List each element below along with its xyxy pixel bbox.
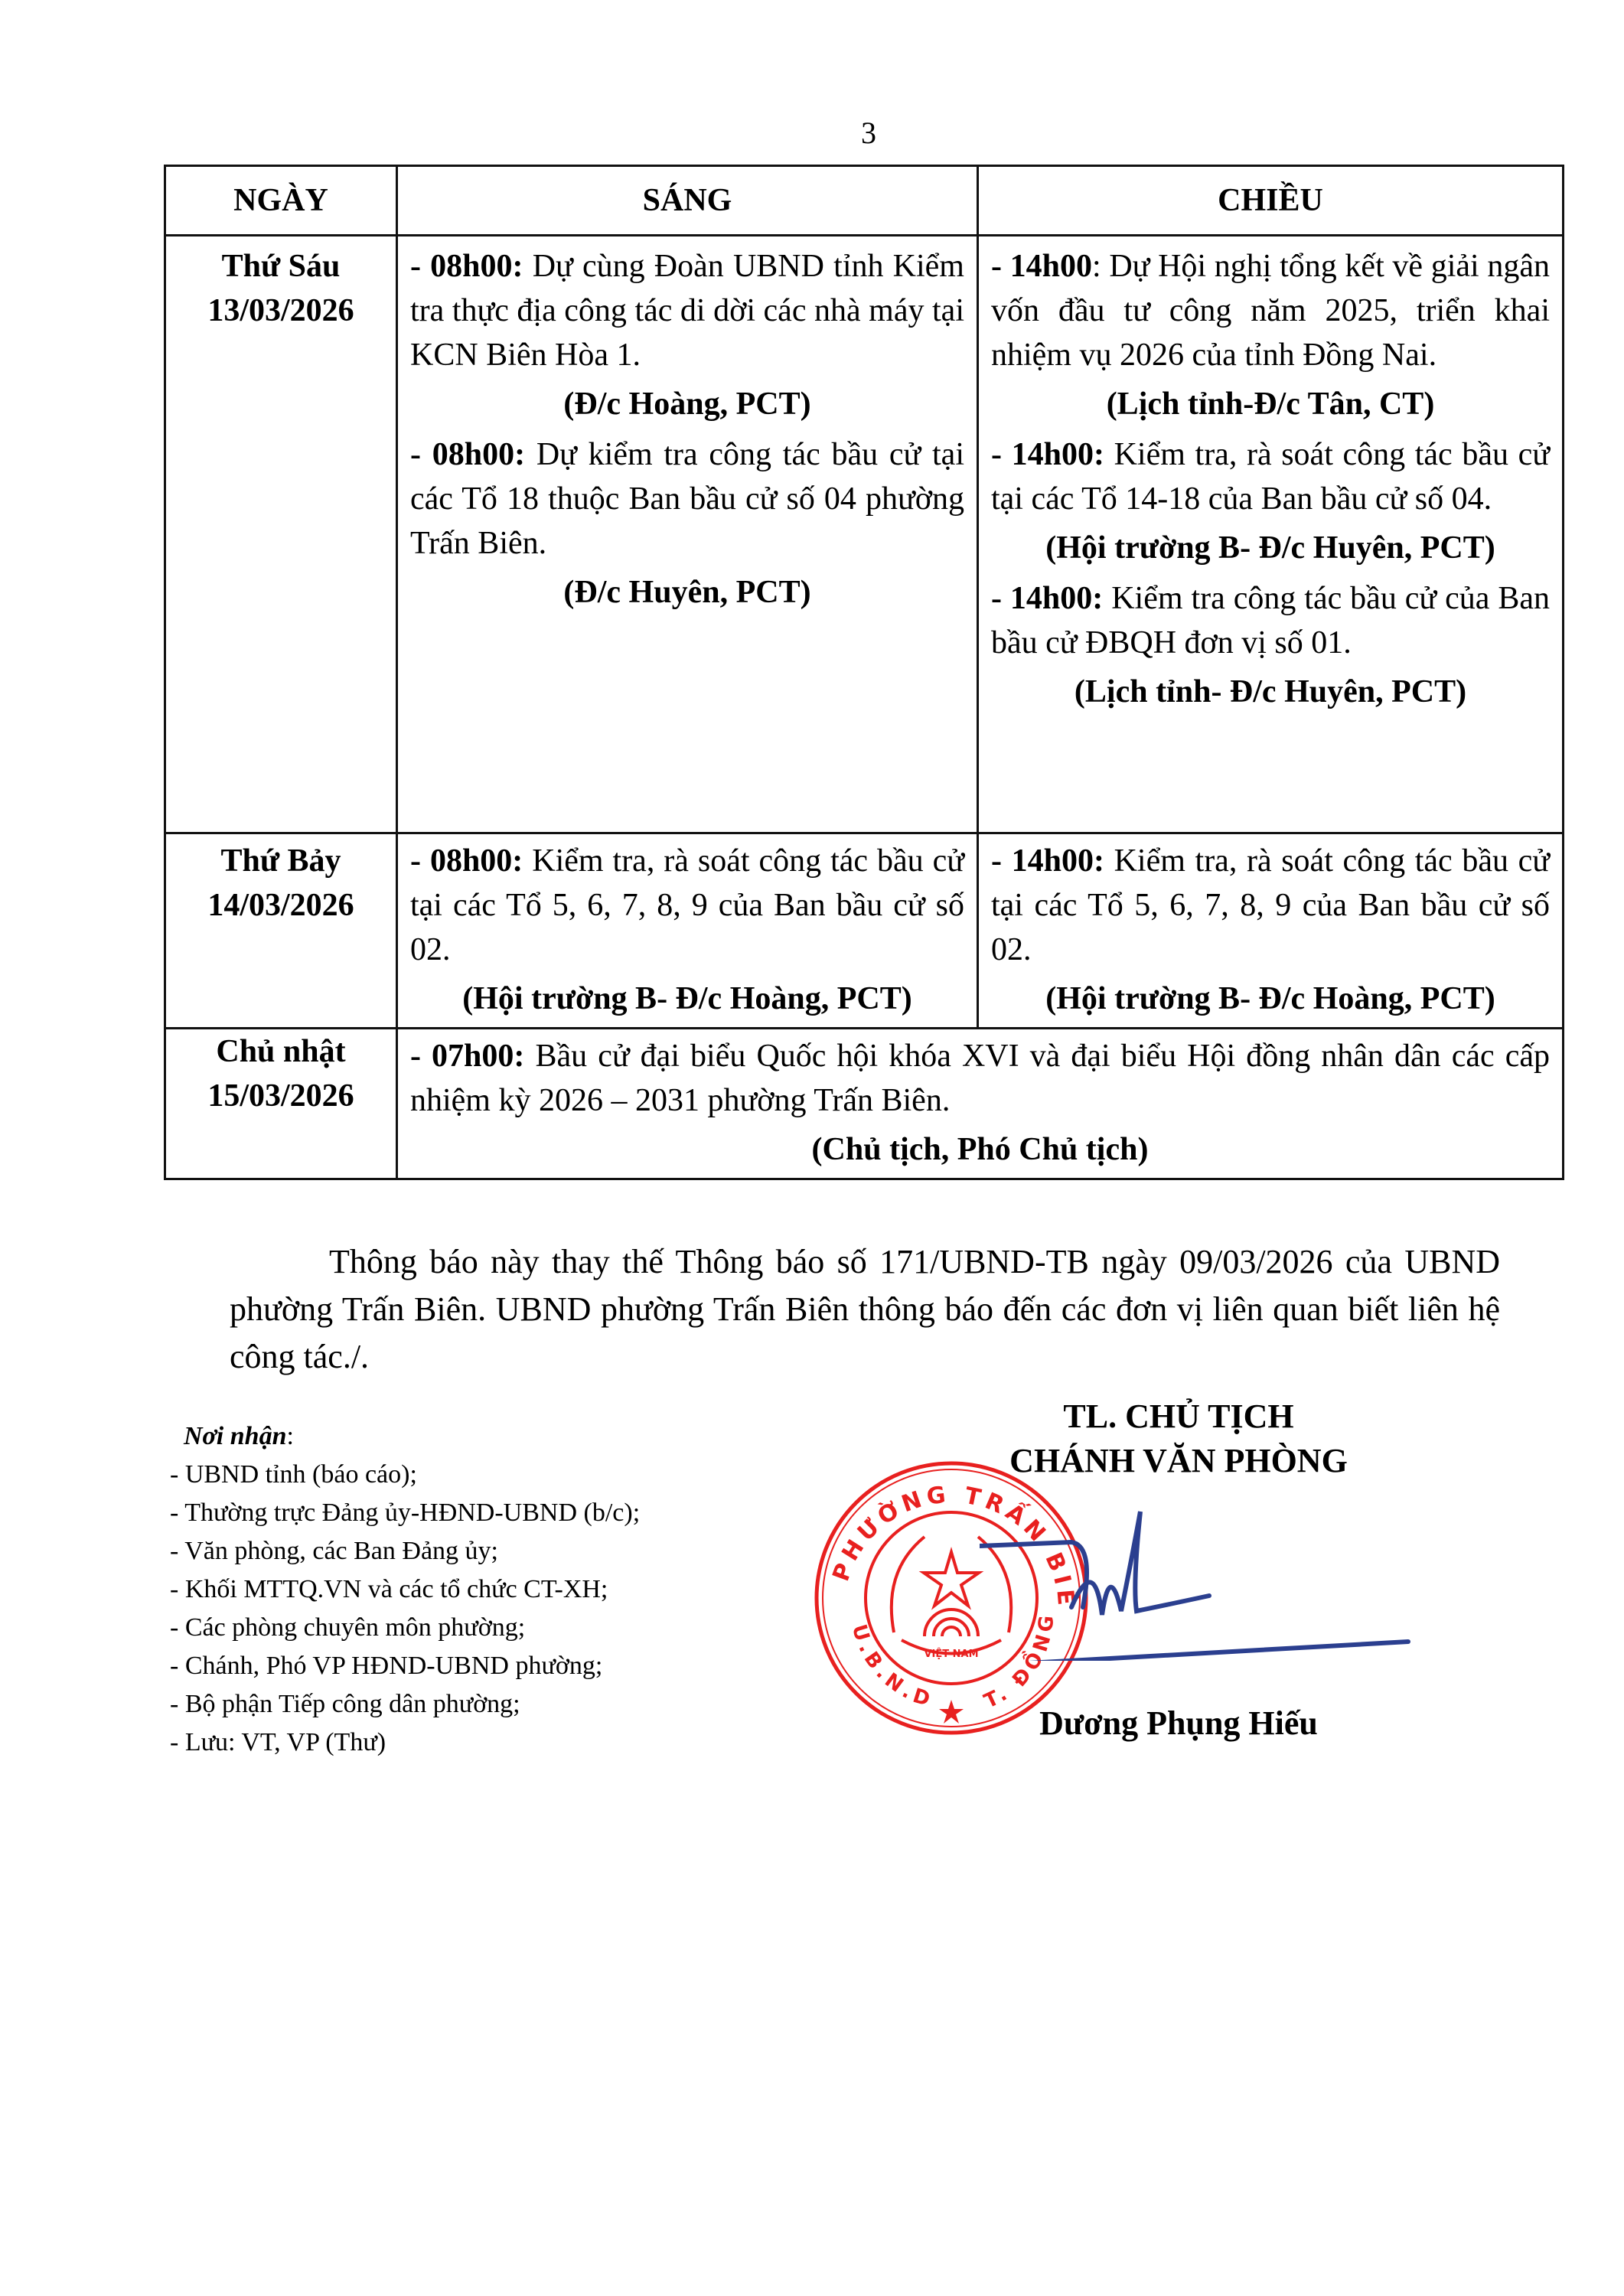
- recipients-title-text: Nơi nhận: [184, 1422, 286, 1450]
- closing-paragraph-text: Thông báo này thay thế Thông báo số 171/…: [230, 1243, 1500, 1375]
- header-day: NGÀY: [165, 166, 397, 236]
- entry-text: Bầu cử đại biểu Quốc hội khóa XVI và đại…: [410, 1039, 1550, 1118]
- signer-name: Dương Phụng Hiếu: [1018, 1704, 1339, 1743]
- entry-time: - 08h00:: [410, 843, 523, 879]
- entry-assignee: (Đ/c Hoàng, PCT): [410, 382, 964, 426]
- day-name: Thứ Sáu: [178, 244, 383, 289]
- afternoon-cell: - 14h00: Kiểm tra, rà soát công tác bầu …: [978, 833, 1564, 1029]
- day-date: 13/03/2026: [178, 289, 383, 333]
- table-row: Chủ nhật 15/03/2026 - 07h00: Bầu cử đại …: [165, 1029, 1564, 1179]
- recipients-title: Nơi nhận:: [170, 1417, 640, 1456]
- schedule-entry: - 08h00: Dự cùng Đoàn UBND tỉnh Kiểm tra…: [410, 244, 964, 377]
- recipient-item: - Lưu: VT, VP (Thư): [170, 1724, 640, 1762]
- signature-icon: [980, 1508, 1439, 1661]
- page-number: 3: [0, 115, 1624, 151]
- table-row: Thứ Bảy 14/03/2026 - 08h00: Kiểm tra, rà…: [165, 833, 1564, 1029]
- entry-time: - 14h00: [991, 249, 1092, 284]
- morning-cell: - 08h00: Kiểm tra, rà soát công tác bầu …: [397, 833, 978, 1029]
- day-cell: Chủ nhật 15/03/2026: [165, 1029, 397, 1179]
- recipients-block: Nơi nhận: - UBND tỉnh (báo cáo); - Thườn…: [170, 1417, 640, 1762]
- schedule-entry: - 08h00: Dự kiểm tra công tác bầu cử tại…: [410, 432, 964, 566]
- entry-time: - 08h00:: [410, 249, 523, 284]
- full-day-cell: - 07h00: Bầu cử đại biểu Quốc hội khóa X…: [397, 1029, 1564, 1179]
- recipient-item: - Văn phòng, các Ban Đảng ủy;: [170, 1532, 640, 1570]
- closing-paragraph: Thông báo này thay thế Thông báo số 171/…: [230, 1238, 1500, 1381]
- entry-time: - 08h00:: [410, 437, 525, 472]
- entry-time: - 14h00:: [991, 843, 1104, 879]
- schedule-entry: - 14h00: Kiểm tra, rà soát công tác bầu …: [991, 432, 1550, 521]
- schedule-table: NGÀY SÁNG CHIỀU Thứ Sáu 13/03/2026 - 08h…: [164, 165, 1564, 1180]
- table-row: Thứ Sáu 13/03/2026 - 08h00: Dự cùng Đoàn…: [165, 236, 1564, 833]
- schedule-entry: - 08h00: Kiểm tra, rà soát công tác bầu …: [410, 839, 964, 972]
- morning-cell: - 08h00: Dự cùng Đoàn UBND tỉnh Kiểm tra…: [397, 236, 978, 833]
- entry-time: - 14h00:: [991, 437, 1104, 472]
- afternoon-cell: - 14h00: Dự Hội nghị tổng kết về giải ng…: [978, 236, 1564, 833]
- day-date: 14/03/2026: [178, 883, 383, 928]
- recipient-item: - UBND tỉnh (báo cáo);: [170, 1456, 640, 1494]
- recipient-item: - Thường trực Đảng ủy-HĐND-UBND (b/c);: [170, 1494, 640, 1532]
- seal-emblem-text: VIỆT NAM: [924, 1648, 978, 1660]
- entry-assignee: (Lịch tỉnh-Đ/c Tân, CT): [991, 382, 1550, 426]
- entry-assignee: (Hội trường B- Đ/c Hoàng, PCT): [410, 977, 964, 1021]
- header-morning: SÁNG: [397, 166, 978, 236]
- entry-assignee: (Hội trường B- Đ/c Hoàng, PCT): [991, 977, 1550, 1021]
- day-cell: Thứ Sáu 13/03/2026: [165, 236, 397, 833]
- schedule-entry: - 14h00: Kiểm tra công tác bầu cử của Ba…: [991, 576, 1550, 665]
- day-cell: Thứ Bảy 14/03/2026: [165, 833, 397, 1029]
- recipient-item: - Các phòng chuyên môn phường;: [170, 1609, 640, 1647]
- schedule-entry: - 14h00: Dự Hội nghị tổng kết về giải ng…: [991, 244, 1550, 377]
- signature-title-line1: TL. CHỦ TỊCH: [903, 1394, 1454, 1439]
- recipient-item: - Bộ phận Tiếp công dân phường;: [170, 1685, 640, 1724]
- table-header-row: NGÀY SÁNG CHIỀU: [165, 166, 1564, 236]
- entry-time: - 14h00:: [991, 581, 1103, 616]
- recipient-item: - Khối MTTQ.VN và các tổ chức CT-XH;: [170, 1570, 640, 1609]
- schedule-entry: - 07h00: Bầu cử đại biểu Quốc hội khóa X…: [410, 1034, 1550, 1123]
- schedule-entry: - 14h00: Kiểm tra, rà soát công tác bầu …: [991, 839, 1550, 972]
- entry-assignee: (Chủ tịch, Phó Chủ tịch): [410, 1127, 1550, 1172]
- recipient-item: - Chánh, Phó VP HĐND-UBND phường;: [170, 1647, 640, 1685]
- entry-assignee: (Hội trường B- Đ/c Huyên, PCT): [991, 526, 1550, 570]
- recipients-title-colon: :: [286, 1422, 293, 1450]
- day-name: Thứ Bảy: [178, 839, 383, 883]
- header-afternoon: CHIỀU: [978, 166, 1564, 236]
- day-date: 15/03/2026: [178, 1074, 383, 1118]
- entry-time: - 07h00:: [410, 1039, 524, 1074]
- day-name: Chủ nhật: [178, 1029, 383, 1074]
- entry-assignee: (Lịch tỉnh- Đ/c Huyên, PCT): [991, 670, 1550, 714]
- entry-assignee: (Đ/c Huyên, PCT): [410, 570, 964, 615]
